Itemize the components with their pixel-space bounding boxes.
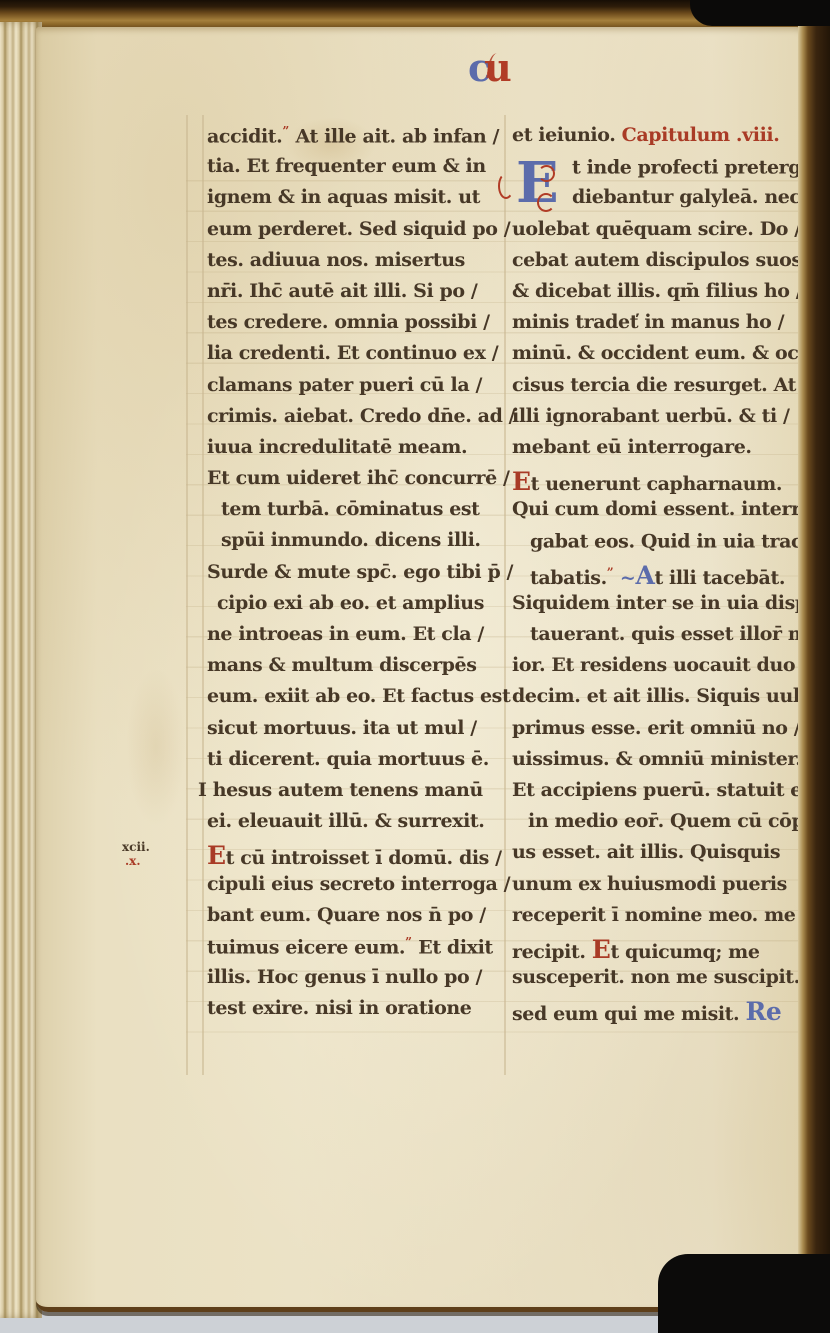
penwork-curl	[498, 173, 514, 199]
text-segment: At ille ait. ab infan /	[289, 125, 499, 147]
text-segment: bant eum. Quare nos n̄ po /	[207, 904, 486, 926]
text-segment: us esset. ait illis. Quisquis	[512, 841, 780, 863]
text-line: us esset. ait illis. Quisquis	[512, 841, 812, 872]
text-segment: ”	[607, 565, 614, 579]
text-segment: & dicebat illis. qm̄ filius ho /	[512, 280, 802, 302]
text-line: accidit.” At ille ait. ab infan /	[207, 124, 507, 155]
backdrop-corner-top-right	[690, 0, 830, 26]
text-segment: cisus tercia die resurget. At	[512, 374, 796, 396]
text-line: Et uenerunt capharnaum.	[512, 467, 812, 498]
manuscript-photo: cu accidit.” At ille ait. ab infan /tia.…	[0, 0, 830, 1333]
text-line: test exire. nisi in oratione	[207, 997, 507, 1028]
text-line: ne introeas in eum. Et cla /	[207, 623, 507, 654]
text-line: mans & multum discerpēs	[207, 654, 507, 685]
backdrop-corner-bottom-right	[658, 1254, 830, 1333]
ruling-line	[202, 115, 204, 1075]
drop-initial-E: E	[504, 157, 564, 221]
text-line: bant eum. Quare nos n̄ po /	[207, 904, 507, 935]
text-line: eum perderet. Sed siquid po /	[207, 218, 507, 249]
text-segment: mans & multum discerpēs	[207, 654, 477, 676]
text-segment: Siquidem inter se in uia dispu /	[512, 592, 830, 614]
text-line: Et cū introisset ī domū. dis /	[207, 841, 507, 872]
text-segment: ei. eleuauit illū. & surrexit.	[207, 810, 485, 832]
text-segment: nr̄i. Ihc̄ autē ait illi. Si po /	[207, 280, 477, 302]
text-line: cipio exi ab eo. et amplius	[207, 592, 507, 623]
text-line: cipuli eius secreto interroga /	[207, 873, 507, 904]
text-segment: recipit.	[512, 941, 592, 963]
ruling-line	[186, 115, 188, 1075]
text-segment: tauerant. quis esset illor̄ ma /	[530, 623, 830, 645]
text-segment: Surde & mute spc̄. ego tibi p̄ /	[207, 561, 513, 583]
text-column-right: E et ieiunio. Capitulum .viii.t inde pro…	[512, 124, 812, 1028]
text-segment: Et dixit	[412, 936, 493, 958]
book-fore-edge	[798, 0, 830, 1278]
text-line: I hesus autem tenens manū	[198, 779, 507, 810]
text-segment: test exire. nisi in oratione	[207, 997, 472, 1019]
text-segment: I hesus autem tenens manū	[198, 779, 483, 801]
text-line: tabatis.” ~At illi tacebāt.	[512, 561, 812, 592]
text-line: recipit. Et quicumq; me	[512, 935, 812, 966]
text-segment: t inde profecti pretergre	[572, 157, 822, 179]
text-segment: Re	[746, 997, 782, 1026]
text-line: spūi inmundo. dicens illi.	[207, 529, 507, 560]
text-line: minū. & occident eum. & oc /	[512, 342, 812, 373]
text-segment: t cū introisset ī domū. dis /	[226, 847, 502, 869]
text-segment: spūi inmundo. dicens illi.	[221, 529, 481, 551]
text-segment: sed eum qui me misit.	[512, 1003, 746, 1025]
text-line: Qui cum domi essent. interro /	[512, 498, 812, 529]
text-line: tes. adiuua nos. misertus	[207, 249, 507, 280]
text-line: Et cum uideret ihc̄ concurrē /	[207, 467, 507, 498]
eusebian-section-number: xcii.	[122, 840, 150, 854]
text-segment: ”	[405, 935, 412, 949]
text-line: Et accipiens puerū. statuit eū	[512, 779, 812, 810]
text-segment: tabatis.	[530, 567, 607, 589]
parchment-page: cu accidit.” At ille ait. ab infan /tia.…	[36, 27, 804, 1312]
text-segment: tes. adiuua nos. misertus	[207, 249, 465, 271]
text-segment: crimis. aiebat. Credo dn̄e. ad /	[207, 405, 515, 427]
text-line: Surde & mute spc̄. ego tibi p̄ /	[207, 561, 507, 592]
text-segment: receperit ī nomine meo. me	[512, 904, 795, 926]
text-line: clamans pater pueri cū la /	[207, 374, 507, 405]
text-segment: tia. Et frequenter eum & in	[207, 155, 486, 177]
penwork-curl	[537, 193, 555, 212]
text-segment: tes credere. omnia possibi /	[207, 311, 490, 333]
text-line: ti dicerent. quia mortuus ē.	[207, 748, 507, 779]
text-segment: sicut mortuus. ita ut mul /	[207, 717, 477, 739]
text-segment: ne introeas in eum. Et cla /	[207, 623, 484, 645]
text-segment: diebantur galyleā. nec	[572, 186, 801, 208]
text-line: Siquidem inter se in uia dispu /	[512, 592, 812, 623]
text-line: cisus tercia die resurget. At	[512, 374, 812, 405]
text-line: gabat eos. Quid in uia trac’ /	[512, 529, 812, 560]
text-segment: eum. exiit ab eo. Et factus est	[207, 685, 510, 707]
text-segment: cipio exi ab eo. et amplius	[217, 592, 484, 614]
text-segment: Qui cum domi essent. interro /	[512, 498, 826, 520]
text-segment: et ieiunio.	[512, 124, 622, 146]
text-line: illi ignorabant uerbū. & ti /	[512, 405, 812, 436]
text-segment: unum ex huiusmodi pueris	[512, 873, 787, 895]
text-line: tes credere. omnia possibi /	[207, 311, 507, 342]
text-line: illis. Hoc genus ī nullo po /	[207, 966, 507, 997]
text-line: tauerant. quis esset illor̄ ma /	[512, 623, 812, 654]
text-column-left: accidit.” At ille ait. ab infan /tia. Et…	[207, 124, 507, 1028]
text-line: ior. Et residens uocauit duo /	[512, 654, 812, 685]
text-line: sicut mortuus. ita ut mul /	[207, 717, 507, 748]
text-line: tia. Et frequenter eum & in	[207, 155, 507, 186]
canon-table-number: .x.	[122, 854, 150, 868]
text-segment: decim. et ait illis. Siquis uult	[512, 685, 808, 707]
text-segment: cipuli eius secreto interroga /	[207, 873, 510, 895]
text-segment: t uenerunt capharnaum.	[531, 473, 782, 495]
text-segment: in medio eor̄. Quem cū cōplex /	[528, 810, 830, 832]
text-segment: t quicumq; me	[610, 941, 759, 963]
text-line: crimis. aiebat. Credo dn̄e. ad /	[207, 405, 507, 436]
text-segment: Et cum uideret ihc̄ concurrē /	[207, 467, 510, 489]
text-line: sed eum qui me misit. Re	[512, 997, 812, 1028]
penwork-curl	[538, 165, 555, 182]
text-line: primus esse. erit omniū no /	[512, 717, 812, 748]
text-segment: t illi tacebāt.	[654, 567, 785, 589]
text-line: tuimus eicere eum.” Et dixit	[207, 935, 507, 966]
text-line: iuua incredulitatē meam.	[207, 436, 507, 467]
text-line: minis tradeť in manus ho /	[512, 311, 812, 342]
text-segment: ti dicerent. quia mortuus ē.	[207, 748, 489, 770]
text-segment: iuua incredulitatē meam.	[207, 436, 467, 458]
text-segment: clamans pater pueri cū la /	[207, 374, 482, 396]
text-line: uolebat quēquam scire. Do /	[512, 218, 812, 249]
text-segment: E	[512, 467, 531, 496]
text-line: unum ex huiusmodi pueris	[512, 873, 812, 904]
text-line: susceperit. non me suscipit.	[512, 966, 812, 997]
text-segment: minis tradeť in manus ho /	[512, 311, 784, 333]
text-segment: ignem & in aquas misit. ut	[207, 186, 480, 208]
text-segment: Et accipiens puerū. statuit eū	[512, 779, 815, 801]
text-segment: ~	[614, 567, 636, 589]
text-line: ei. eleuauit illū. & surrexit.	[207, 810, 507, 841]
text-segment: lia credenti. Et continuo ex /	[207, 342, 498, 364]
text-segment: tuimus eicere eum.	[207, 936, 405, 958]
text-segment: E	[592, 935, 611, 964]
text-line: receperit ī nomine meo. me	[512, 904, 812, 935]
text-segment: Capitulum .viii.	[622, 124, 780, 146]
text-line: in medio eor̄. Quem cū cōplex /	[512, 810, 812, 841]
text-segment: eum perderet. Sed siquid po /	[207, 218, 510, 240]
margin-note: xcii..x.	[122, 840, 150, 868]
text-segment: accidit.	[207, 125, 282, 147]
text-line: lia credenti. Et continuo ex /	[207, 342, 507, 373]
text-segment: illi ignorabant uerbū. & ti /	[512, 405, 790, 427]
text-segment: susceperit. non me suscipit.	[512, 966, 800, 988]
text-segment: tem turbā. cōminatus est	[221, 498, 480, 520]
text-line: decim. et ait illis. Siquis uult	[512, 685, 812, 716]
text-segment: uissimus. & omniū minister.	[512, 748, 802, 770]
text-segment: minū. & occident eum. & oc /	[512, 342, 811, 364]
text-segment: mebant eū interrogare.	[512, 436, 752, 458]
text-line: & dicebat illis. qm̄ filius ho /	[512, 280, 812, 311]
text-line: mebant eū interrogare.	[512, 436, 812, 467]
text-line: eum. exiit ab eo. Et factus est	[207, 685, 507, 716]
text-line: uissimus. & omniū minister.	[512, 748, 812, 779]
text-segment: gabat eos. Quid in uia trac	[530, 531, 802, 553]
parchment-stain	[126, 667, 186, 827]
text-segment: A	[635, 561, 654, 590]
text-segment: E	[207, 841, 226, 870]
text-line: nr̄i. Ihc̄ autē ait illi. Si po /	[207, 280, 507, 311]
text-segment: ior. Et residens uocauit duo /	[512, 654, 808, 676]
running-header: cu	[468, 45, 512, 95]
text-line: ignem & in aquas misit. ut	[207, 186, 507, 217]
text-line: tem turbā. cōminatus est	[207, 498, 507, 529]
text-segment: primus esse. erit omniū no /	[512, 717, 800, 739]
text-line: cebat autem discipulos suos.	[512, 249, 812, 280]
text-segment: illis. Hoc genus ī nullo po /	[207, 966, 482, 988]
text-segment: cebat autem discipulos suos.	[512, 249, 808, 271]
